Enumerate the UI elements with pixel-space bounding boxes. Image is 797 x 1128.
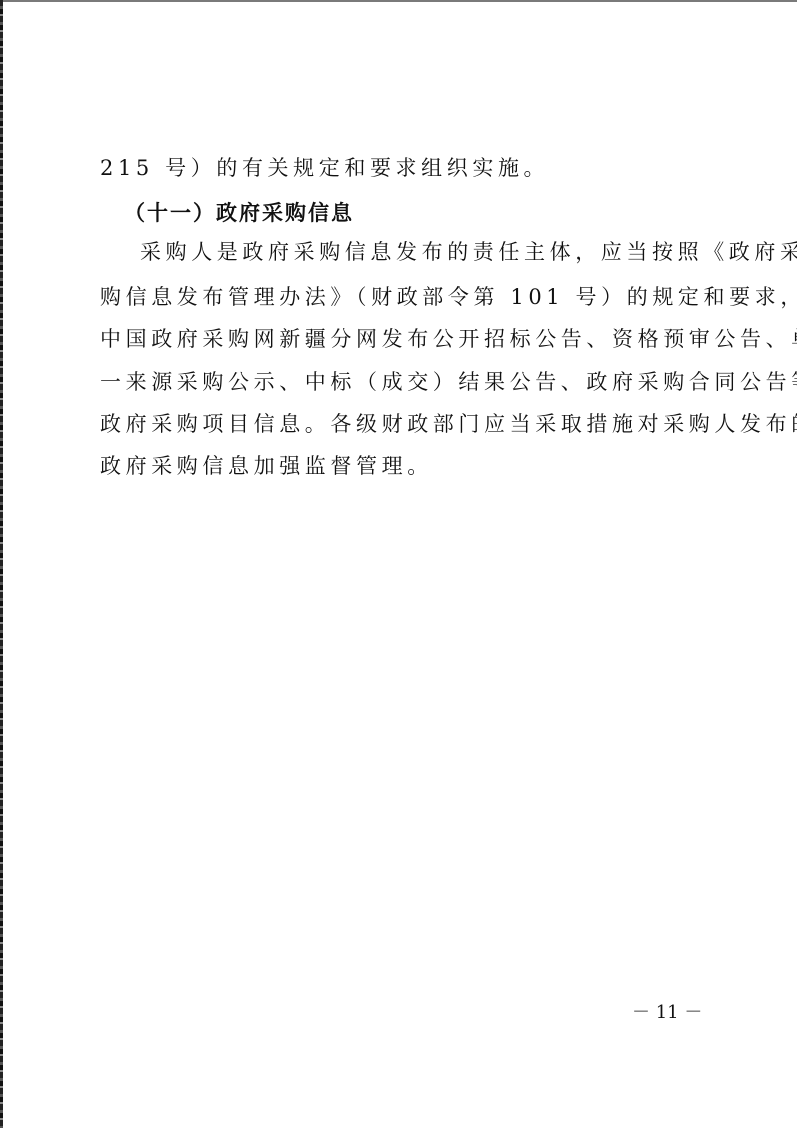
- scan-top-edge: [0, 0, 797, 2]
- section-heading: （十一）政府采购信息: [124, 199, 354, 227]
- paragraph-line: 采购人是政府采购信息发布的责任主体，应当按照《政府采: [140, 238, 797, 266]
- paragraph-line: 一来源采购公示、中标（成交）结果公告、政府采购合同公告等: [100, 368, 797, 396]
- paragraph-line: 政府采购项目信息。各级财政部门应当采取措施对采购人发布的: [100, 410, 797, 438]
- paragraph-line: 中国政府采购网新疆分网发布公开招标公告、资格预审公告、单: [100, 325, 797, 353]
- scan-left-edge: [0, 0, 3, 1128]
- paragraph-line: 政府采购信息加强监督管理。: [100, 452, 433, 480]
- paragraph-line: 购信息发布管理办法》（财政部令第 101 号）的规定和要求，在: [100, 283, 797, 311]
- paragraph-continuation-line: 215 号）的有关规定和要求组织实施。: [100, 154, 549, 182]
- page-number: － 11 －: [632, 998, 702, 1024]
